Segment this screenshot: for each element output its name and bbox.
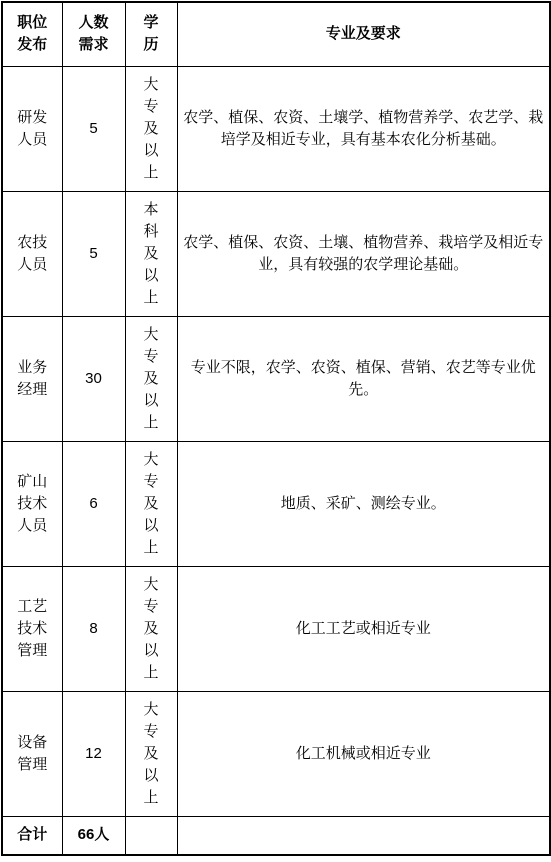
education-cell: 大专及以上: [125, 566, 177, 691]
major-cell: 农学、植保、农资、土壤、植物营养、栽培学及相近专业，具有较强的农学理论基础。: [177, 191, 550, 316]
table-total-row: 合计 66人: [2, 816, 550, 855]
header-position: 职位发布: [2, 2, 62, 66]
total-education-cell: [125, 816, 177, 855]
education-cell: 本科及以上: [125, 191, 177, 316]
education-label: 大专及以上: [144, 574, 159, 684]
headcount-cell: 6: [62, 441, 125, 566]
position-label: 业务经理: [17, 357, 47, 401]
position-cell: 矿山技术人员: [2, 441, 62, 566]
education-cell: 大专及以上: [125, 66, 177, 191]
headcount-cell: 8: [62, 566, 125, 691]
position-cell: 业务经理: [2, 316, 62, 441]
major-cell: 化工工艺或相近专业: [177, 566, 550, 691]
table-header-row: 职位发布 人数需求 学历 专业及要求: [2, 2, 550, 66]
major-cell: 地质、采矿、测绘专业。: [177, 441, 550, 566]
education-cell: 大专及以上: [125, 316, 177, 441]
major-cell: 专业不限，农学、农资、植保、营销、农艺等专业优先。: [177, 316, 550, 441]
position-cell: 工艺技术管理: [2, 566, 62, 691]
header-education: 学历: [125, 2, 177, 66]
position-label: 研发人员: [17, 107, 47, 151]
recruitment-table: 职位发布 人数需求 学历 专业及要求 研发人员 5 大专及以上 农学、植保、农资…: [1, 1, 551, 856]
position-label: 设备管理: [17, 732, 47, 776]
position-label: 工艺技术管理: [17, 596, 47, 662]
headcount-cell: 12: [62, 691, 125, 816]
position-label: 农技人员: [17, 232, 47, 276]
education-label: 大专及以上: [144, 324, 159, 434]
table-row-equipment-mgmt: 设备管理 12 大专及以上 化工机械或相近专业: [2, 691, 550, 816]
major-cell: 化工机械或相近专业: [177, 691, 550, 816]
header-position-label: 职位发布: [17, 12, 47, 56]
total-major-cell: [177, 816, 550, 855]
header-headcount: 人数需求: [62, 2, 125, 66]
education-cell: 大专及以上: [125, 691, 177, 816]
table-row-agritech-staff: 农技人员 5 本科及以上 农学、植保、农资、土壤、植物营养、栽培学及相近专业，具…: [2, 191, 550, 316]
table-row-mining-tech: 矿山技术人员 6 大专及以上 地质、采矿、测绘专业。: [2, 441, 550, 566]
education-label: 本科及以上: [144, 199, 159, 309]
header-major: 专业及要求: [177, 2, 550, 66]
major-cell: 农学、植保、农资、土壤学、植物营养学、农艺学、栽培学及相近专业，具有基本农化分析…: [177, 66, 550, 191]
headcount-cell: 5: [62, 191, 125, 316]
education-label: 大专及以上: [144, 699, 159, 809]
header-major-label: 专业及要求: [326, 25, 401, 42]
total-headcount-cell: 66人: [62, 816, 125, 855]
headcount-cell: 5: [62, 66, 125, 191]
position-label: 矿山技术人员: [17, 471, 47, 537]
table-row-sales-manager: 业务经理 30 大专及以上 专业不限，农学、农资、植保、营销、农艺等专业优先。: [2, 316, 550, 441]
position-cell: 研发人员: [2, 66, 62, 191]
header-education-label: 学历: [144, 12, 159, 56]
table-row-rnd-staff: 研发人员 5 大专及以上 农学、植保、农资、土壤学、植物营养学、农艺学、栽培学及…: [2, 66, 550, 191]
headcount-cell: 30: [62, 316, 125, 441]
position-cell: 农技人员: [2, 191, 62, 316]
header-headcount-label: 人数需求: [79, 12, 109, 56]
total-label-cell: 合计: [2, 816, 62, 855]
table-row-process-tech-mgmt: 工艺技术管理 8 大专及以上 化工工艺或相近专业: [2, 566, 550, 691]
education-cell: 大专及以上: [125, 441, 177, 566]
position-cell: 设备管理: [2, 691, 62, 816]
education-label: 大专及以上: [144, 74, 159, 184]
education-label: 大专及以上: [144, 449, 159, 559]
